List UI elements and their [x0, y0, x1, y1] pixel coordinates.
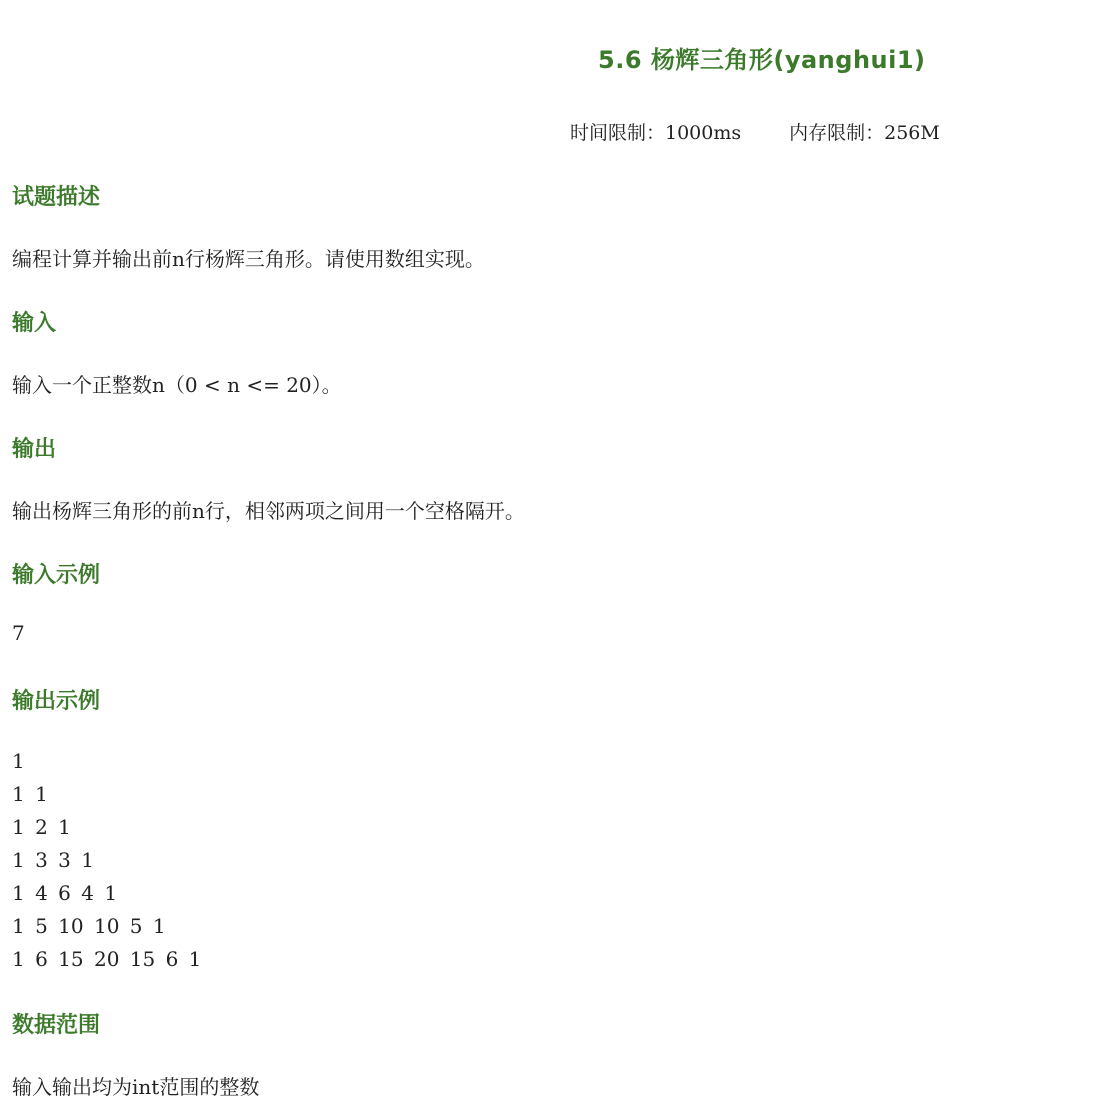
input-text: 输入一个正整数n（0 < n <= 20）。 [12, 369, 342, 398]
sample-input-text: 7 [12, 621, 25, 645]
time-limit: 时间限制：1000ms [570, 122, 741, 144]
sample-output-line: 1 4 6 4 1 [12, 880, 201, 913]
sample-output-line: 1 1 [12, 781, 201, 814]
sample-output-line: 1 2 1 [12, 814, 201, 847]
sample-output-line: 1 3 3 1 [12, 847, 201, 880]
sample-output-line: 1 [12, 748, 201, 781]
sample-output-lines: 1 1 1 1 2 1 1 3 3 1 1 4 6 4 1 1 5 10 10 … [12, 748, 201, 979]
data-range-heading: 数据范围 [12, 1008, 100, 1039]
sample-input-heading: 输入示例 [12, 558, 100, 589]
memory-limit: 内存限制：256M [789, 122, 940, 144]
output-heading: 输出 [12, 432, 56, 463]
sample-output-heading: 输出示例 [12, 684, 100, 715]
output-text: 输出杨辉三角形的前n行，相邻两项之间用一个空格隔开。 [12, 495, 525, 524]
data-range-text: 输入输出均为int范围的整数 [12, 1071, 259, 1100]
input-heading: 输入 [12, 306, 56, 337]
description-text: 编程计算并输出前n行杨辉三角形。请使用数组实现。 [12, 243, 485, 272]
description-heading: 试题描述 [12, 180, 100, 211]
sample-output-line: 1 5 10 10 5 1 [12, 913, 201, 946]
limits-bar: 时间限制：1000ms内存限制：256M [570, 118, 940, 145]
sample-output-line: 1 6 15 20 15 6 1 [12, 946, 201, 979]
problem-title: 5.6 杨辉三角形(yanghui1) [598, 40, 926, 75]
